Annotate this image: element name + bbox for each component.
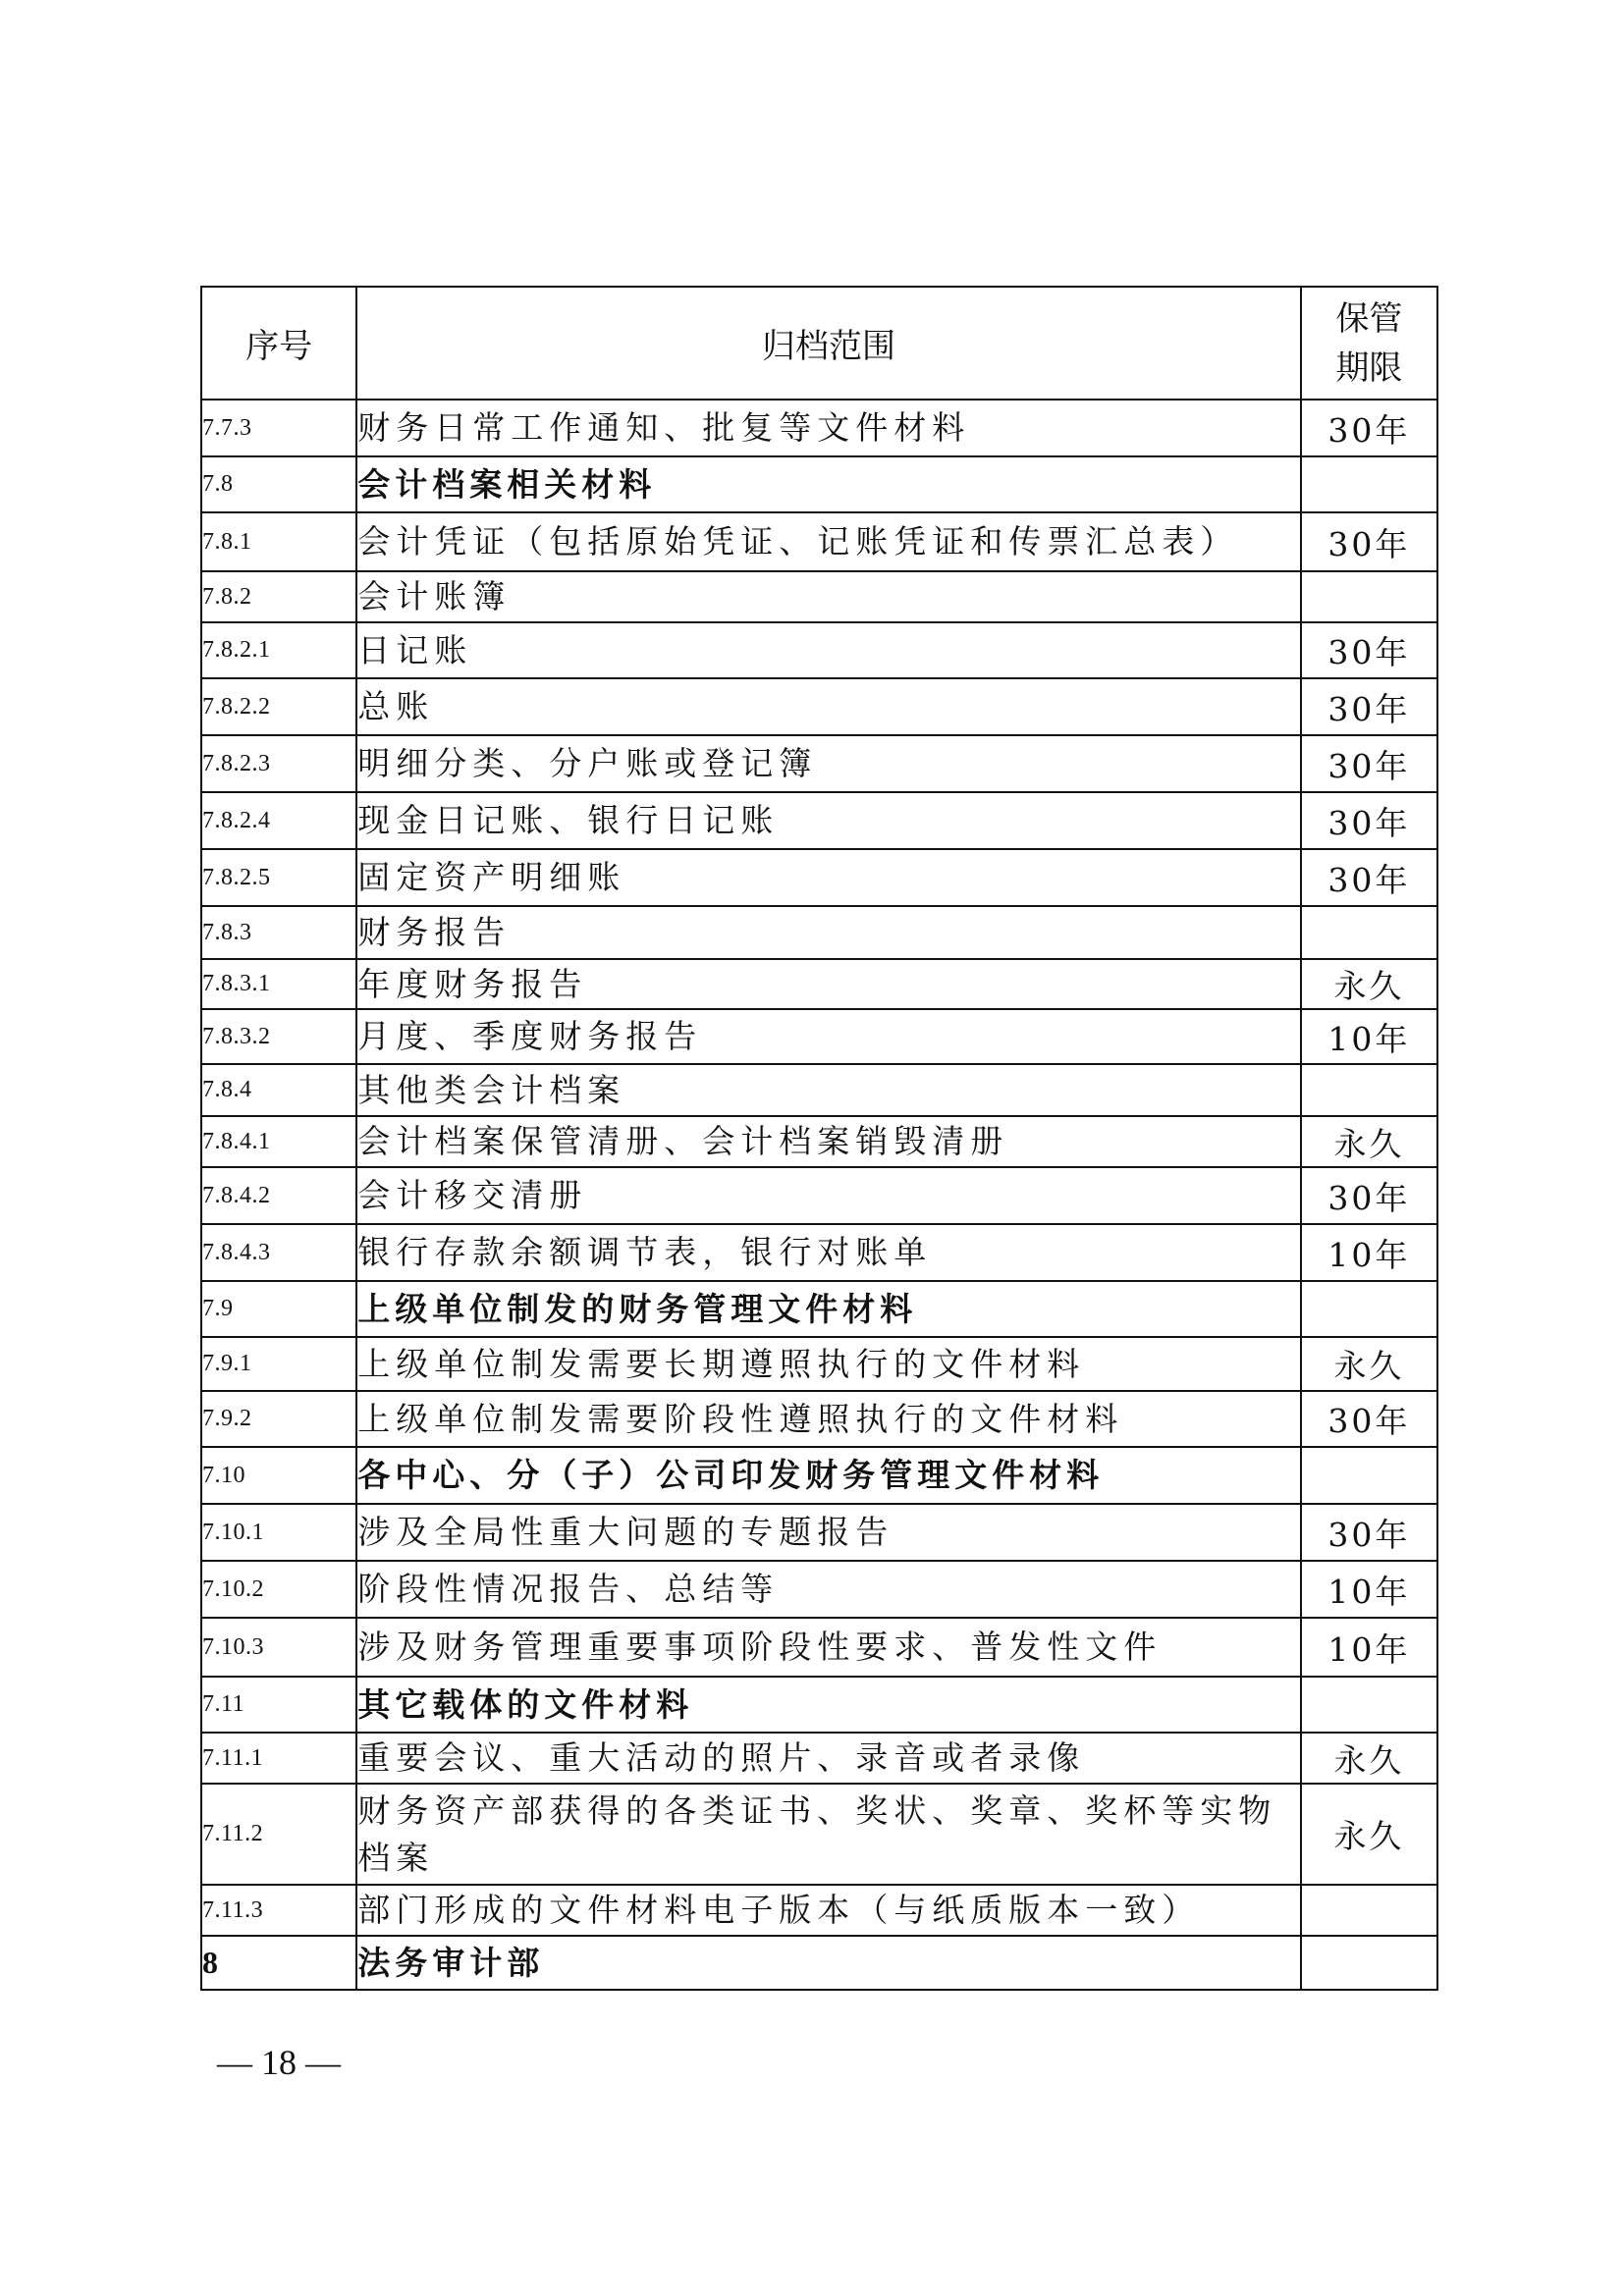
table-row: 7.9.1上级单位制发需要长期遵照执行的文件材料永久: [201, 1337, 1437, 1391]
table-row: 7.10.2阶段性情况报告、总结等10年: [201, 1561, 1437, 1618]
archive-scope-cell: 总账: [356, 678, 1301, 735]
retention-period-cell: 10年: [1301, 1224, 1437, 1281]
serial-number-cell: 7.7.3: [201, 400, 356, 456]
retention-period-cell: 30年: [1301, 622, 1437, 678]
archive-scope-cell: 涉及全局性重大问题的专题报告: [356, 1504, 1301, 1561]
table-row: 7.8.3.1年度财务报告永久: [201, 959, 1437, 1009]
table-row: 7.9.2上级单位制发需要阶段性遵照执行的文件材料30年: [201, 1391, 1437, 1447]
header-retention-period: 保管 期限: [1301, 287, 1437, 400]
archive-scope-cell: 明细分类、分户账或登记簿: [356, 735, 1301, 792]
table-header-row: 序号 归档范围 保管 期限: [201, 287, 1437, 400]
retention-period-cell: [1301, 1281, 1437, 1337]
serial-number-cell: 7.8.4: [201, 1064, 356, 1116]
serial-number-cell: 7.10.2: [201, 1561, 356, 1618]
archive-scope-cell: 财务资产部获得的各类证书、奖状、奖章、奖杯等实物档案: [356, 1784, 1301, 1885]
retention-period-cell: [1301, 1447, 1437, 1504]
page-number: — 18 —: [217, 2042, 341, 2083]
header-serial-number: 序号: [201, 287, 356, 400]
retention-period-cell: 永久: [1301, 1116, 1437, 1167]
retention-period-cell: 10年: [1301, 1009, 1437, 1064]
table-row: 7.8会计档案相关材料: [201, 456, 1437, 512]
table-row: 7.8.3财务报告: [201, 906, 1437, 959]
table-row: 7.8.4.1会计档案保管清册、会计档案销毁清册永久: [201, 1116, 1437, 1167]
table-row: 7.9上级单位制发的财务管理文件材料: [201, 1281, 1437, 1337]
retention-period-cell: [1301, 571, 1437, 622]
serial-number-cell: 7.8.1: [201, 512, 356, 571]
table-row: 7.8.1会计凭证（包括原始凭证、记账凭证和传票汇总表）30年: [201, 512, 1437, 571]
table-row: 7.8.2.1日记账30年: [201, 622, 1437, 678]
serial-number-cell: 7.8.2.5: [201, 849, 356, 906]
serial-number-cell: 7.11: [201, 1677, 356, 1733]
retention-period-cell: 30年: [1301, 849, 1437, 906]
archive-scope-cell: 会计档案保管清册、会计档案销毁清册: [356, 1116, 1301, 1167]
table-row: 7.8.2.2总账30年: [201, 678, 1437, 735]
retention-period-cell: 30年: [1301, 400, 1437, 456]
table-row: 7.10.3涉及财务管理重要事项阶段性要求、普发性文件10年: [201, 1618, 1437, 1677]
retention-period-cell: [1301, 456, 1437, 512]
retention-period-cell: 30年: [1301, 1167, 1437, 1224]
serial-number-cell: 7.8.4.1: [201, 1116, 356, 1167]
serial-number-cell: 7.8.3.2: [201, 1009, 356, 1064]
table-row: 7.11.3部门形成的文件材料电子版本（与纸质版本一致）: [201, 1885, 1437, 1936]
serial-number-cell: 7.9.1: [201, 1337, 356, 1391]
section-heading-cell: 各中心、分（子）公司印发财务管理文件材料: [356, 1447, 1301, 1504]
retention-period-cell: 30年: [1301, 512, 1437, 571]
table-body: 7.7.3财务日常工作通知、批复等文件材料30年7.8会计档案相关材料7.8.1…: [201, 400, 1437, 1990]
table-row: 7.8.4.3银行存款余额调节表，银行对账单10年: [201, 1224, 1437, 1281]
serial-number-cell: 7.10: [201, 1447, 356, 1504]
retention-period-cell: 永久: [1301, 1784, 1437, 1885]
table-row: 7.8.2.5固定资产明细账30年: [201, 849, 1437, 906]
table-row: 7.11其它载体的文件材料: [201, 1677, 1437, 1733]
archive-scope-cell: 年度财务报告: [356, 959, 1301, 1009]
retention-period-cell: 永久: [1301, 1337, 1437, 1391]
table-row: 7.10各中心、分（子）公司印发财务管理文件材料: [201, 1447, 1437, 1504]
archive-scope-cell: 会计凭证（包括原始凭证、记账凭证和传票汇总表）: [356, 512, 1301, 571]
archive-scope-cell: 财务报告: [356, 906, 1301, 959]
serial-number-cell: 7.8: [201, 456, 356, 512]
retention-period-cell: 永久: [1301, 959, 1437, 1009]
retention-period-cell: [1301, 1677, 1437, 1733]
section-heading-cell: 法务审计部: [356, 1936, 1301, 1990]
archive-scope-cell: 上级单位制发需要阶段性遵照执行的文件材料: [356, 1391, 1301, 1447]
retention-period-cell: [1301, 1885, 1437, 1936]
retention-period-cell: 30年: [1301, 792, 1437, 849]
archive-scope-cell: 阶段性情况报告、总结等: [356, 1561, 1301, 1618]
header-archive-scope: 归档范围: [356, 287, 1301, 400]
serial-number-cell: 7.8.2.1: [201, 622, 356, 678]
table-row: 7.8.2.3明细分类、分户账或登记簿30年: [201, 735, 1437, 792]
retention-period-cell: 永久: [1301, 1733, 1437, 1784]
archive-scope-cell: 会计移交清册: [356, 1167, 1301, 1224]
serial-number-cell: 7.8.2: [201, 571, 356, 622]
serial-number-cell: 7.10.3: [201, 1618, 356, 1677]
serial-number-cell: 7.10.1: [201, 1504, 356, 1561]
retention-period-cell: 30年: [1301, 735, 1437, 792]
table-row: 7.8.4.2会计移交清册30年: [201, 1167, 1437, 1224]
serial-number-cell: 7.8.2.4: [201, 792, 356, 849]
archive-scope-cell: 日记账: [356, 622, 1301, 678]
serial-number-cell: 8: [201, 1936, 356, 1990]
retention-period-cell: 10年: [1301, 1618, 1437, 1677]
header-retention-line2: 期限: [1302, 344, 1436, 393]
archive-scope-cell: 固定资产明细账: [356, 849, 1301, 906]
archive-scope-cell: 上级单位制发需要长期遵照执行的文件材料: [356, 1337, 1301, 1391]
retention-period-cell: 30年: [1301, 1391, 1437, 1447]
serial-number-cell: 7.11.2: [201, 1784, 356, 1885]
retention-period-cell: [1301, 906, 1437, 959]
serial-number-cell: 7.9: [201, 1281, 356, 1337]
archive-scope-cell: 银行存款余额调节表，银行对账单: [356, 1224, 1301, 1281]
table-row: 7.8.2.4现金日记账、银行日记账30年: [201, 792, 1437, 849]
table-row: 7.8.2会计账簿: [201, 571, 1437, 622]
serial-number-cell: 7.8.4.3: [201, 1224, 356, 1281]
table-row: 7.8.3.2月度、季度财务报告10年: [201, 1009, 1437, 1064]
section-heading-cell: 上级单位制发的财务管理文件材料: [356, 1281, 1301, 1337]
archive-scope-cell: 财务日常工作通知、批复等文件材料: [356, 400, 1301, 456]
retention-period-cell: [1301, 1936, 1437, 1990]
serial-number-cell: 7.8.2.3: [201, 735, 356, 792]
serial-number-cell: 7.8.3.1: [201, 959, 356, 1009]
archive-scope-cell: 其他类会计档案: [356, 1064, 1301, 1116]
header-retention-line1: 保管: [1302, 294, 1436, 344]
table-row: 7.7.3财务日常工作通知、批复等文件材料30年: [201, 400, 1437, 456]
retention-period-cell: [1301, 1064, 1437, 1116]
retention-period-cell: 30年: [1301, 1504, 1437, 1561]
archive-scope-table: 序号 归档范围 保管 期限 7.7.3财务日常工作通知、批复等文件材料30年7.…: [200, 286, 1438, 1991]
serial-number-cell: 7.8.2.2: [201, 678, 356, 735]
table-row: 7.11.2财务资产部获得的各类证书、奖状、奖章、奖杯等实物档案永久: [201, 1784, 1437, 1885]
section-heading-cell: 其它载体的文件材料: [356, 1677, 1301, 1733]
archive-scope-cell: 月度、季度财务报告: [356, 1009, 1301, 1064]
table-row: 7.11.1重要会议、重大活动的照片、录音或者录像永久: [201, 1733, 1437, 1784]
archive-scope-cell: 现金日记账、银行日记账: [356, 792, 1301, 849]
archive-scope-cell: 重要会议、重大活动的照片、录音或者录像: [356, 1733, 1301, 1784]
serial-number-cell: 7.8.3: [201, 906, 356, 959]
archive-scope-cell: 涉及财务管理重要事项阶段性要求、普发性文件: [356, 1618, 1301, 1677]
serial-number-cell: 7.9.2: [201, 1391, 356, 1447]
table-row: 8法务审计部: [201, 1936, 1437, 1990]
archive-scope-cell: 部门形成的文件材料电子版本（与纸质版本一致）: [356, 1885, 1301, 1936]
table-row: 7.10.1涉及全局性重大问题的专题报告30年: [201, 1504, 1437, 1561]
retention-period-cell: 10年: [1301, 1561, 1437, 1618]
serial-number-cell: 7.11.1: [201, 1733, 356, 1784]
archive-scope-cell: 会计账簿: [356, 571, 1301, 622]
retention-period-cell: 30年: [1301, 678, 1437, 735]
section-heading-cell: 会计档案相关材料: [356, 456, 1301, 512]
serial-number-cell: 7.11.3: [201, 1885, 356, 1936]
table-row: 7.8.4其他类会计档案: [201, 1064, 1437, 1116]
serial-number-cell: 7.8.4.2: [201, 1167, 356, 1224]
